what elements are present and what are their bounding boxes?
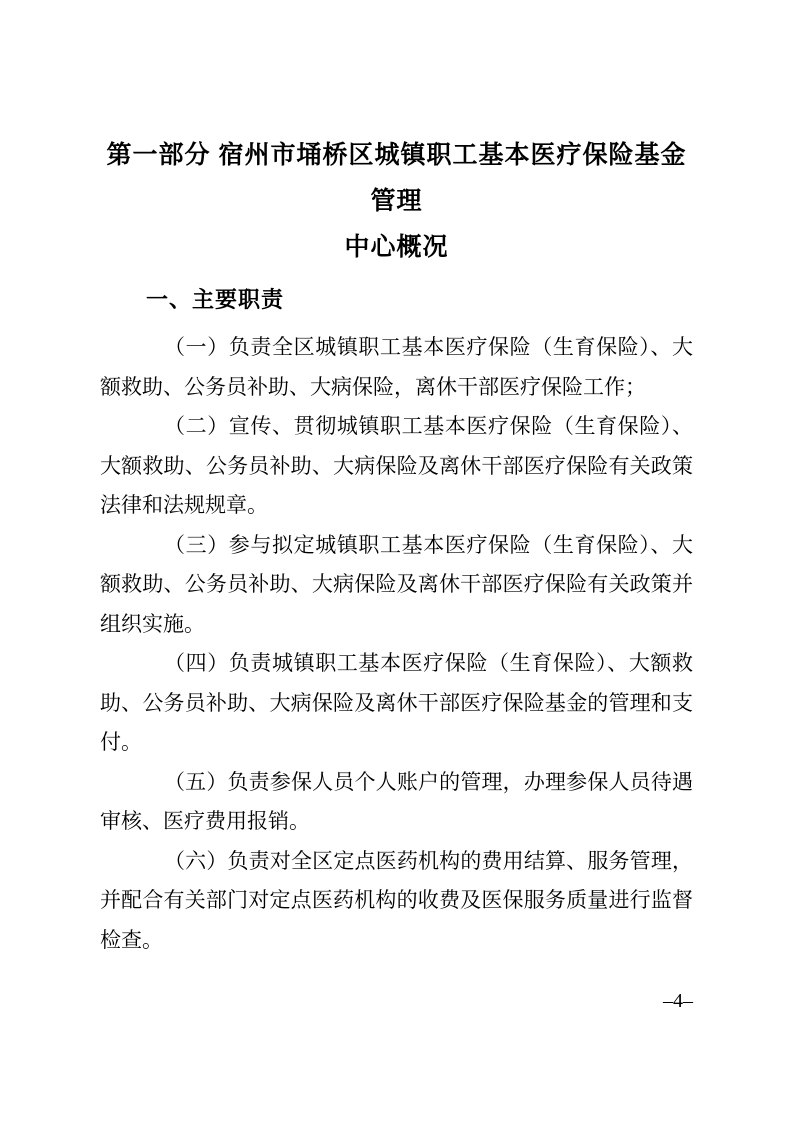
page-number: –4– [663,990,693,1013]
document-title: 第一部分 宿州市埇桥区城镇职工基本医疗保险基金管理 中心概况 [100,132,693,270]
paragraph-duty-2: （二）宣传、贯彻城镇职工基本医疗保险（生育保险）、大额救助、公务员补助、大病保险… [100,407,693,526]
document-page: 第一部分 宿州市埇桥区城镇职工基本医疗保险基金管理 中心概况 一、主要职责 （一… [0,0,793,1122]
document-title-line-1: 第一部分 宿州市埇桥区城镇职工基本医疗保险基金管理 [100,132,693,224]
paragraph-duty-3: （三）参与拟定城镇职工基本医疗保险（生育保险）、大额救助、公务员补助、大病保险及… [100,526,693,645]
paragraph-duty-4: （四）负责城镇职工基本医疗保险（生育保险）、大额救助、公务员补助、大病保险及离休… [100,644,693,763]
paragraph-duty-1: （一）负责全区城镇职工基本医疗保险（生育保险）、大额救助、公务员补助、大病保险，… [100,328,693,407]
document-title-line-2: 中心概况 [100,224,693,270]
section-heading-main-duties: 一、主要职责 [100,280,693,320]
paragraph-duty-6: （六）负责对全区定点医药机构的费用结算、服务管理，并配合有关部门对定点医药机构的… [100,842,693,961]
document-content: 第一部分 宿州市埇桥区城镇职工基本医疗保险基金管理 中心概况 一、主要职责 （一… [100,132,693,960]
paragraph-duty-5: （五）负责参保人员个人账户的管理，办理参保人员待遇审核、医疗费用报销。 [100,763,693,842]
